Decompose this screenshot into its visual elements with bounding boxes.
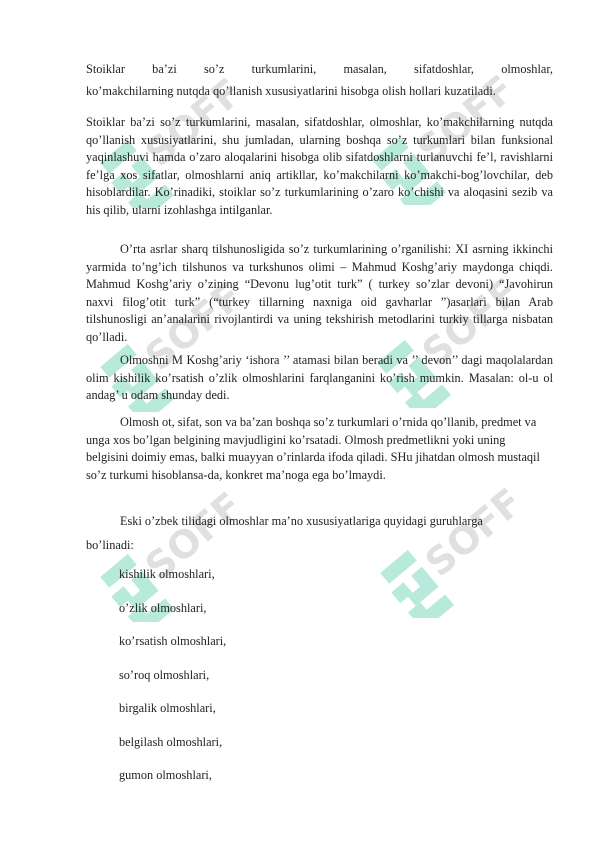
- list-item: so’roq olmoshlari,: [119, 668, 209, 683]
- paragraph-6-line-2: bo’linadi:: [86, 534, 553, 556]
- paragraph-2: Stoiklar ba’zi so’z turkumlarini, masala…: [86, 114, 553, 219]
- list-item: kishilik olmoshlari,: [119, 567, 215, 582]
- paragraph-1-line-1: Stoiklar ba’zi so’z turkumlarini, masala…: [86, 58, 553, 80]
- paragraph-2-text: Stoiklar ba’zi so’z turkumlarini, masala…: [86, 114, 553, 219]
- document-page: SOFF SOFF SOFF SOFF SOFF SOFF Stoiklar b…: [0, 0, 596, 842]
- paragraph-5: Olmosh ot, sifat, son va ba’zan boshqa s…: [86, 414, 546, 484]
- paragraph-3-text: O’rta asrlar sharq tilshunosligida so’z …: [86, 241, 553, 346]
- paragraph-1-line-2: ko’makchilarning nutqda qo’llanish xusus…: [86, 80, 553, 102]
- list-item: gumon olmoshlari,: [119, 768, 212, 783]
- paragraph-5-text: Olmosh ot, sifat, son va ba’zan boshqa s…: [86, 414, 546, 484]
- paragraph-6: Eski o’zbek tilidagi olmoshlar ma’no xus…: [86, 510, 553, 556]
- paragraph-4: Olmoshni M Koshg’ariy ‘ishora ’’ atamasi…: [86, 352, 553, 405]
- paragraph-3: O’rta asrlar sharq tilshunosligida so’z …: [86, 241, 553, 346]
- paragraph-6-line-1: Eski o’zbek tilidagi olmoshlar ma’no xus…: [86, 510, 553, 532]
- list-item: o’zlik olmoshlari,: [119, 601, 206, 616]
- list-item: belgilash olmoshlari,: [119, 735, 222, 750]
- list-item: ko’rsatish olmoshlari,: [119, 634, 226, 649]
- paragraph-4-text: Olmoshni M Koshg’ariy ‘ishora ’’ atamasi…: [86, 352, 553, 405]
- paragraph-1: Stoiklar ba’zi so’z turkumlarini, masala…: [86, 58, 553, 102]
- list-item: birgalik olmoshlari,: [119, 701, 216, 716]
